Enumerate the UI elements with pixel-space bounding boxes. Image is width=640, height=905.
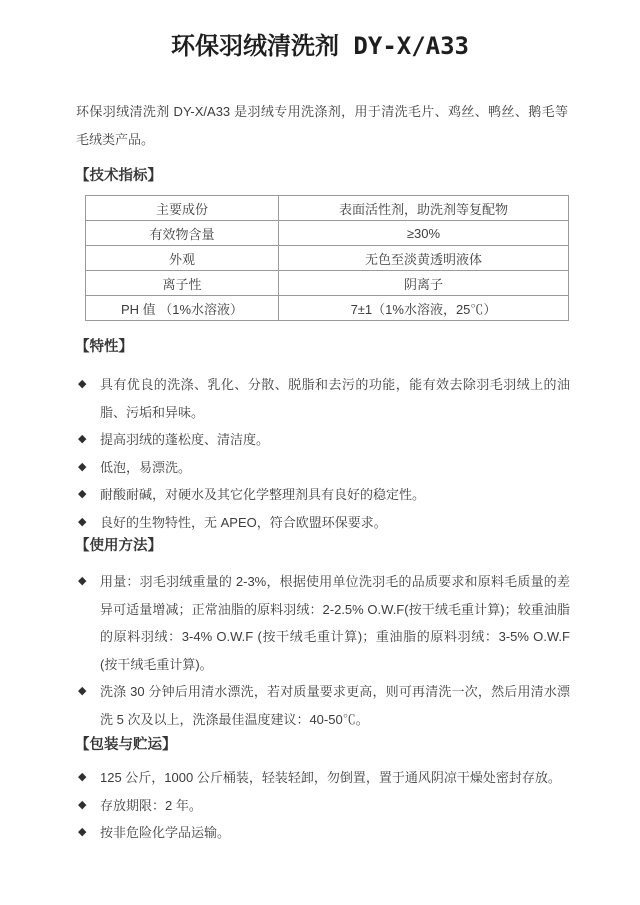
list-item-text: 具有优良的洗涤、乳化、分散、脱脂和去污的功能，能有效去除羽毛羽绒上的油脂、污垢和…	[100, 377, 570, 420]
page-title: 环保羽绒清洗剂 DY-X/A33	[0, 0, 640, 63]
list-item: ◆ 存放期限：2 年。	[76, 792, 570, 820]
list-item-text: 125 公斤，1000 公斤桶装，轻装轻卸，勿倒置，置于通风阴凉干燥处密封存放。	[100, 770, 561, 785]
table-row: 主要成份 表面活性剂，助洗剂等复配物	[86, 196, 569, 221]
table-row: PH 值 （1%水溶液） 7±1（1%水溶液，25℃）	[86, 296, 569, 321]
table-row: 有效物含量 ≥30%	[86, 221, 569, 246]
list-item-text: 耐酸耐碱，对硬水及其它化学整理剂具有良好的稳定性。	[100, 487, 425, 502]
list-item-text: 用量：羽毛羽绒重量的 2-3%，根据使用单位洗羽毛的品质要求和原料毛质量的差异可…	[100, 574, 570, 672]
document-page: 环保羽绒清洗剂 DY-X/A33 环保羽绒清洗剂 DY-X/A33 是羽绒专用洗…	[0, 0, 640, 905]
spec-value: 阴离子	[279, 271, 569, 296]
spec-label: 主要成份	[86, 196, 279, 221]
list-item-text: 洗涤 30 分钟后用清水漂洗，若对质量要求更高，则可再清洗一次，然后用清水漂洗 …	[100, 684, 570, 727]
list-item: ◆ 良好的生物特性，无 APEO，符合欧盟环保要求。	[76, 509, 570, 537]
features-list: ◆ 具有优良的洗涤、乳化、分散、脱脂和去污的功能，能有效去除羽毛羽绒上的油脂、污…	[76, 371, 570, 536]
diamond-bullet-icon: ◆	[78, 568, 86, 596]
list-item: ◆ 按非危险化学品运输。	[76, 819, 570, 847]
list-item: ◆ 用量：羽毛羽绒重量的 2-3%，根据使用单位洗羽毛的品质要求和原料毛质量的差…	[76, 568, 570, 678]
list-item: ◆ 耐酸耐碱，对硬水及其它化学整理剂具有良好的稳定性。	[76, 481, 570, 509]
packing-list: ◆ 125 公斤，1000 公斤桶装，轻装轻卸，勿倒置，置于通风阴凉干燥处密封存…	[76, 764, 570, 847]
diamond-bullet-icon: ◆	[78, 454, 86, 482]
spec-table: 主要成份 表面活性剂，助洗剂等复配物 有效物含量 ≥30% 外观 无色至淡黄透明…	[85, 195, 569, 321]
list-item-text: 存放期限：2 年。	[100, 798, 202, 813]
spec-label: 有效物含量	[86, 221, 279, 246]
diamond-bullet-icon: ◆	[78, 764, 86, 792]
list-item: ◆ 具有优良的洗涤、乳化、分散、脱脂和去污的功能，能有效去除羽毛羽绒上的油脂、污…	[76, 371, 570, 426]
diamond-bullet-icon: ◆	[78, 792, 86, 820]
section-heading-packing: 【包装与贮运】	[75, 737, 640, 754]
list-item-text: 良好的生物特性，无 APEO，符合欧盟环保要求。	[100, 515, 387, 530]
list-item: ◆ 125 公斤，1000 公斤桶装，轻装轻卸，勿倒置，置于通风阴凉干燥处密封存…	[76, 764, 570, 792]
usage-list: ◆ 用量：羽毛羽绒重量的 2-3%，根据使用单位洗羽毛的品质要求和原料毛质量的差…	[76, 568, 570, 733]
list-item: ◆ 提高羽绒的蓬松度、清洁度。	[76, 426, 570, 454]
list-item-text: 提高羽绒的蓬松度、清洁度。	[100, 432, 269, 447]
diamond-bullet-icon: ◆	[78, 371, 86, 399]
table-row: 离子性 阴离子	[86, 271, 569, 296]
spec-label: 离子性	[86, 271, 279, 296]
section-heading-tech-specs: 【技术指标】	[75, 168, 640, 185]
spec-label: PH 值 （1%水溶液）	[86, 296, 279, 321]
spec-label: 外观	[86, 246, 279, 271]
section-heading-usage: 【使用方法】	[75, 538, 640, 555]
section-heading-features: 【特性】	[75, 339, 640, 356]
intro-paragraph: 环保羽绒清洗剂 DY-X/A33 是羽绒专用洗涤剂，用于清洗毛片、鸡丝、鸭丝、鹅…	[76, 98, 568, 154]
diamond-bullet-icon: ◆	[78, 819, 86, 847]
list-item: ◆ 低泡，易漂洗。	[76, 454, 570, 482]
diamond-bullet-icon: ◆	[78, 678, 86, 706]
spec-value: 无色至淡黄透明液体	[279, 246, 569, 271]
list-item-text: 低泡，易漂洗。	[100, 460, 191, 475]
spec-value: ≥30%	[279, 221, 569, 246]
diamond-bullet-icon: ◆	[78, 509, 86, 537]
diamond-bullet-icon: ◆	[78, 426, 86, 454]
spec-value: 表面活性剂，助洗剂等复配物	[279, 196, 569, 221]
list-item: ◆ 洗涤 30 分钟后用清水漂洗，若对质量要求更高，则可再清洗一次，然后用清水漂…	[76, 678, 570, 733]
table-row: 外观 无色至淡黄透明液体	[86, 246, 569, 271]
spec-value: 7±1（1%水溶液，25℃）	[279, 296, 569, 321]
diamond-bullet-icon: ◆	[78, 481, 86, 509]
list-item-text: 按非危险化学品运输。	[100, 825, 230, 840]
